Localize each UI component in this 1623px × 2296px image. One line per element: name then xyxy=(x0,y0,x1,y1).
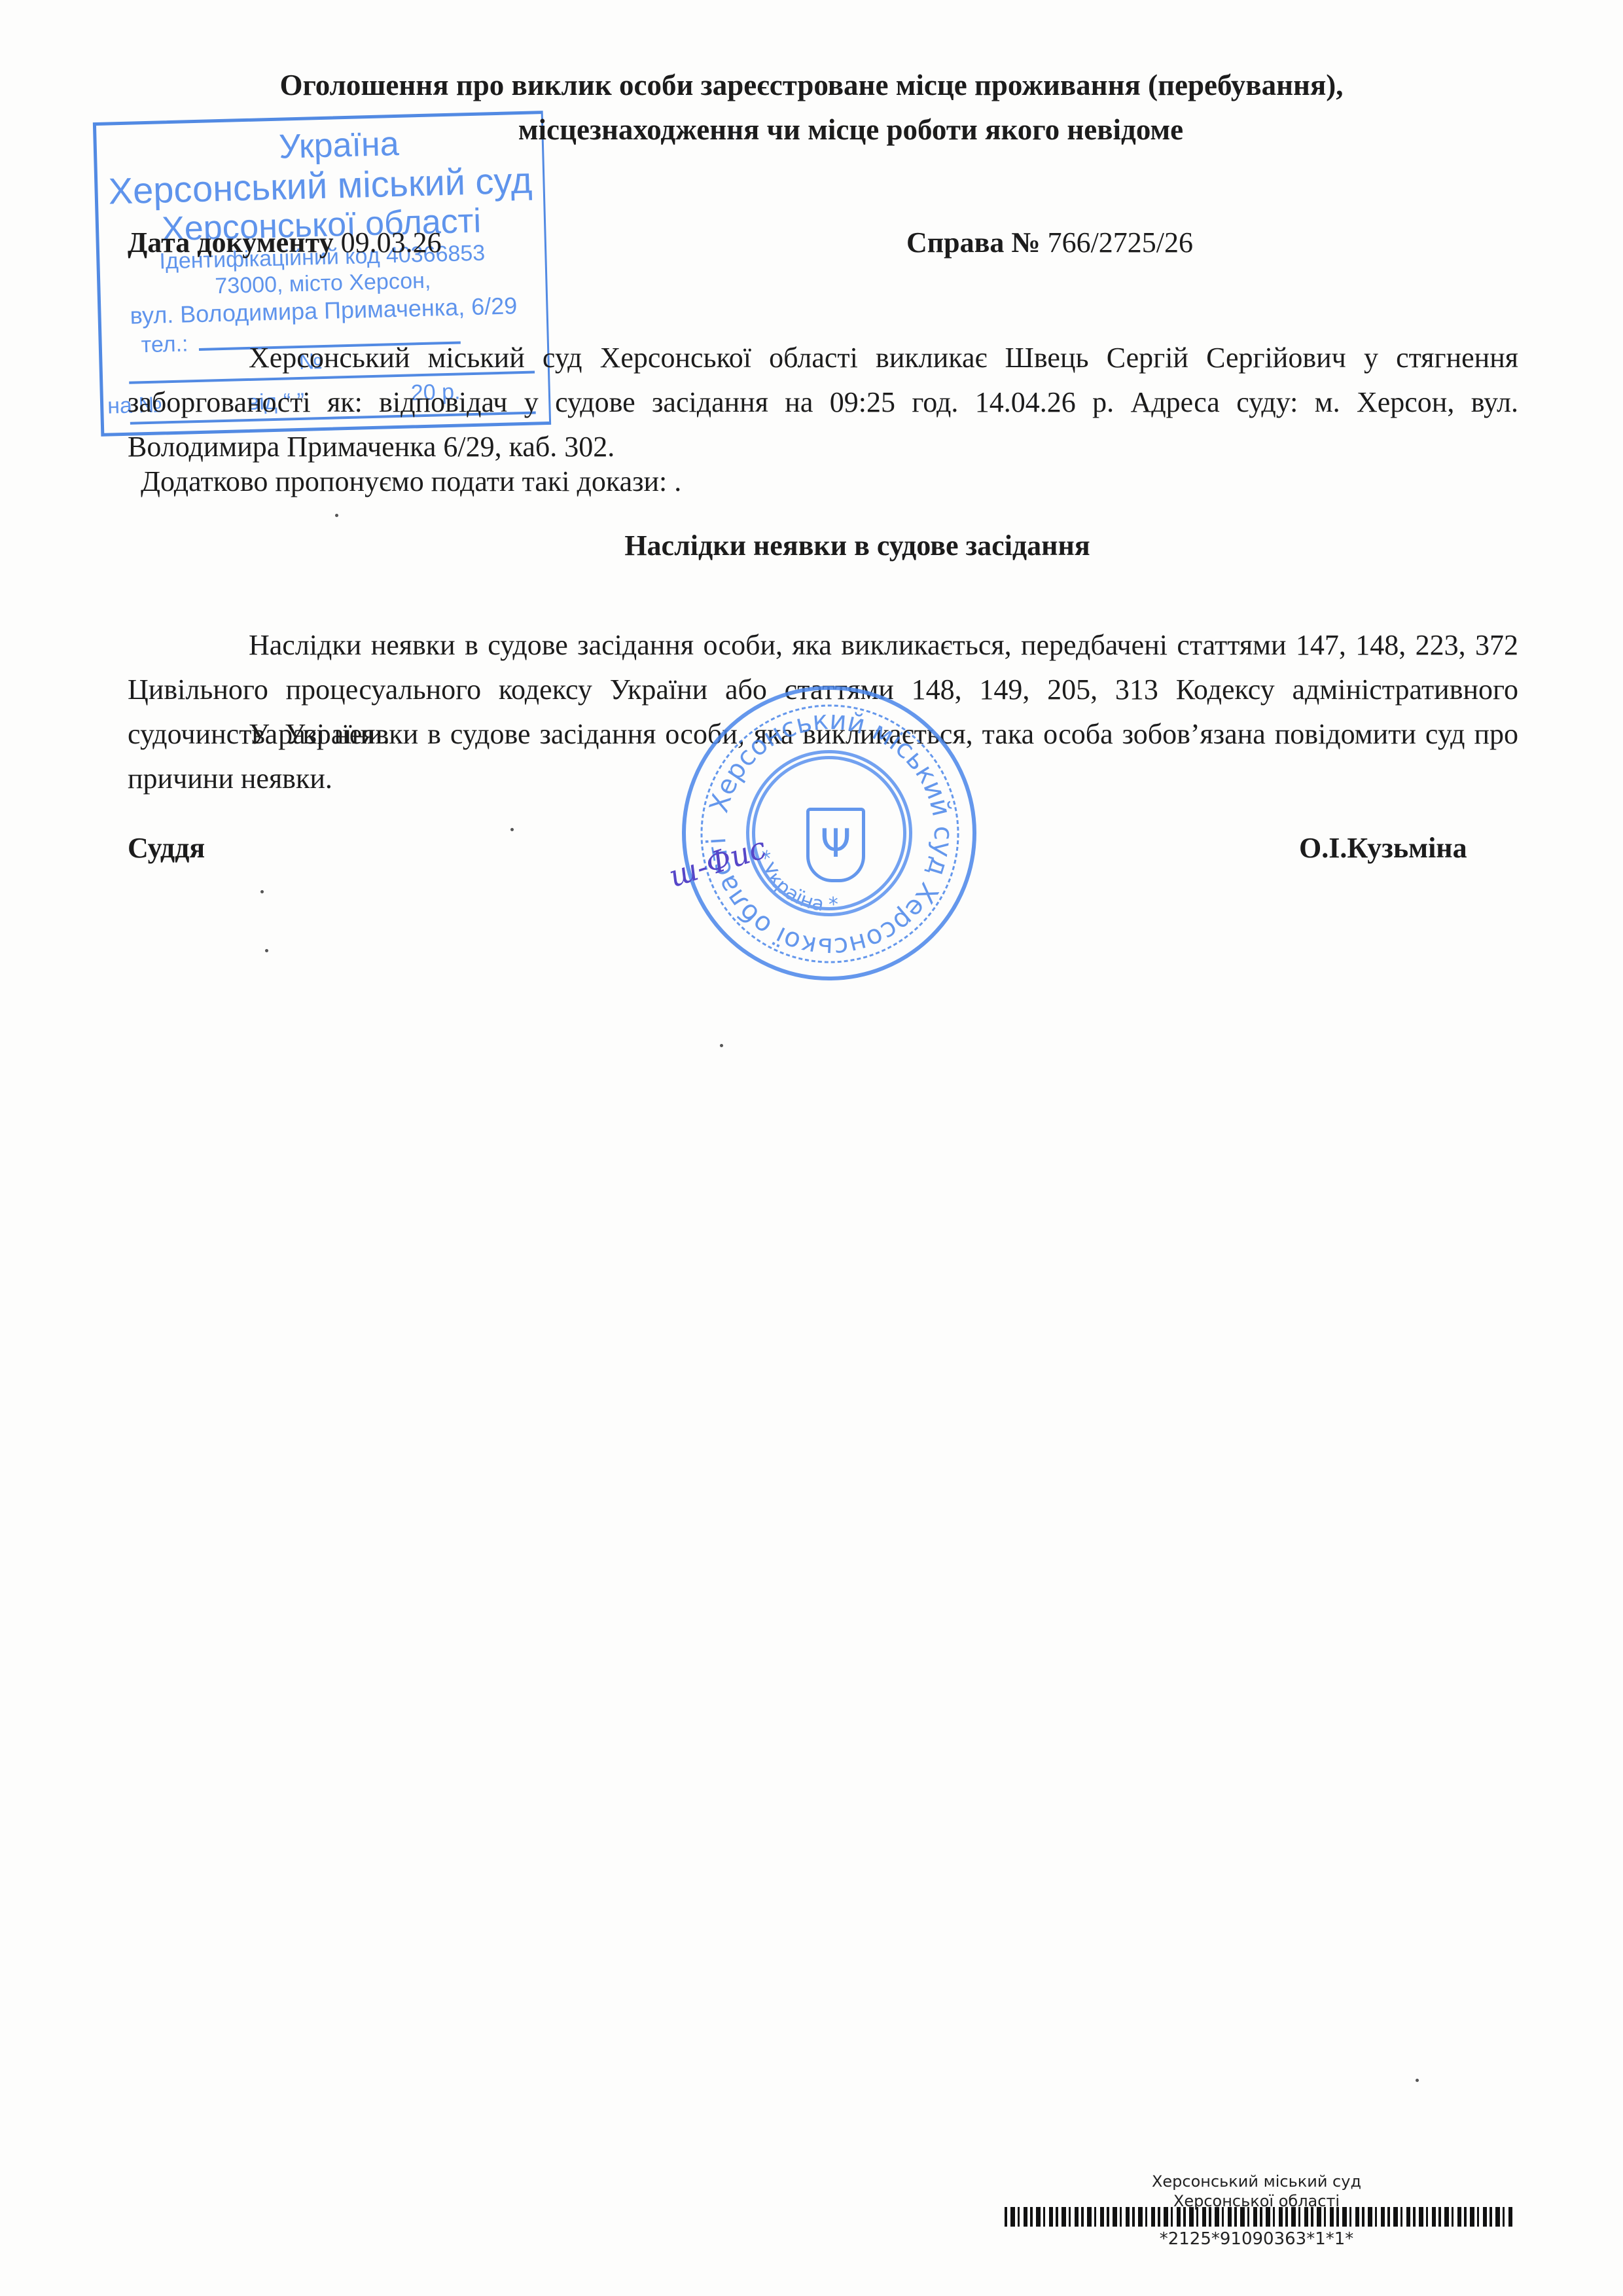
scan-speck xyxy=(265,949,268,952)
scan-speck xyxy=(260,890,264,893)
barcode-value: *2125*91090363*1*1* xyxy=(1001,2229,1512,2249)
judge-name: О.І.Кузьміна xyxy=(1299,831,1467,865)
case-number: Справа № 766/2725/26 xyxy=(906,226,1193,259)
case-label: Справа № xyxy=(906,226,1041,259)
scan-speck xyxy=(510,828,514,831)
title-line-2: місцезнаходження чи місце роботи якого н… xyxy=(79,107,1623,152)
court-round-seal: Херсонський міський суд Херсонської обла… xyxy=(682,686,976,980)
footer-court-name: Херсонський міський суд Херсонської обла… xyxy=(1001,2172,1512,2211)
summons-paragraph: Херсонський міський суд Херсонської обла… xyxy=(128,336,1518,469)
consequences-heading: Наслідки неявки в судове засідання xyxy=(46,529,1623,562)
case-value: 766/2725/26 xyxy=(1048,226,1193,259)
judge-label: Суддя xyxy=(128,831,205,865)
scan-speck xyxy=(1416,2079,1419,2082)
document-barcode xyxy=(1005,2207,1515,2227)
document-title: Оголошення про виклик особи зареєстрован… xyxy=(0,63,1623,152)
scan-speck xyxy=(720,1044,723,1047)
footer-court-line1: Херсонський міський суд xyxy=(1001,2172,1512,2191)
evidence-line: Додатково пропонуємо подати такі докази:… xyxy=(141,459,1531,504)
date-label: Дата документу xyxy=(128,226,334,259)
title-line-1: Оголошення про виклик особи зареєстрован… xyxy=(0,63,1623,107)
date-value: 09.03.26 xyxy=(341,226,442,259)
scan-speck xyxy=(335,514,338,517)
document-date: Дата документу 09.03.26 xyxy=(128,226,442,259)
trident-emblem-icon: Ψ xyxy=(806,808,865,882)
